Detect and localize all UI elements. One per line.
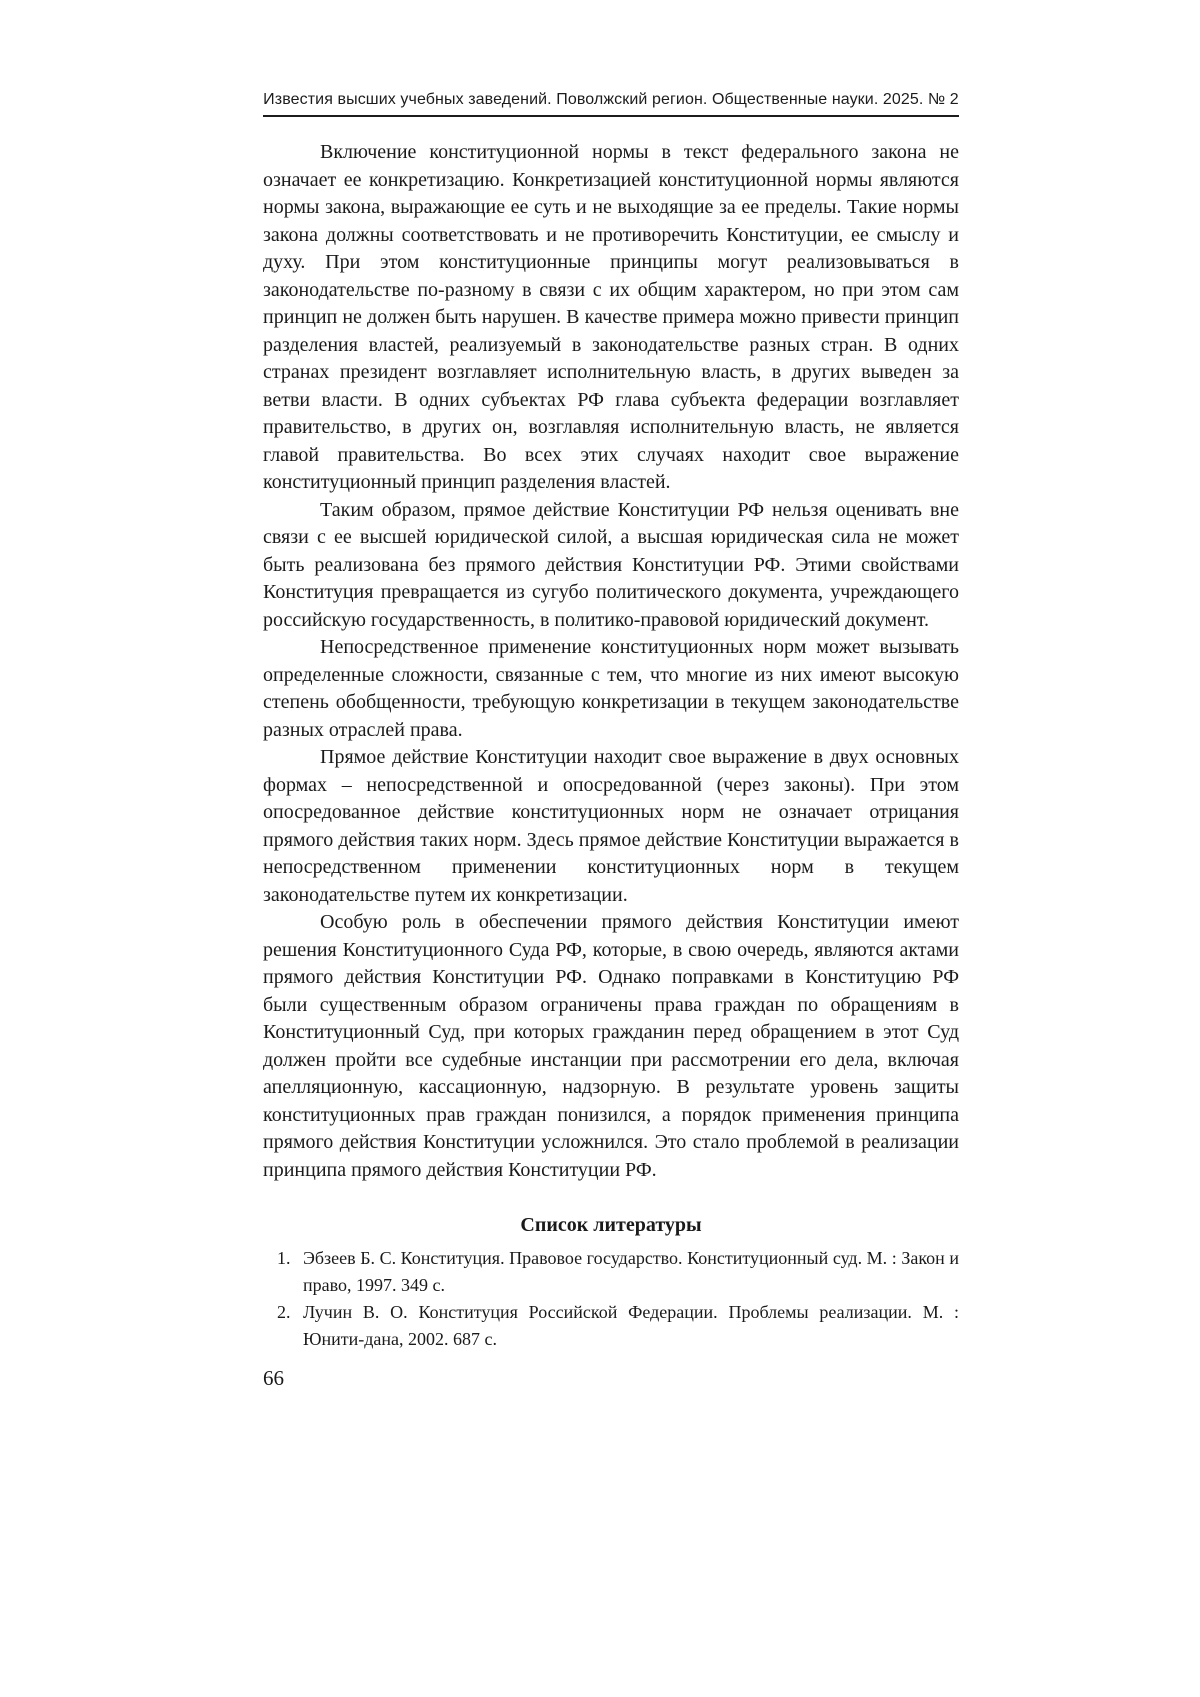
document-page: Известия высших учебных заведений. Повол…	[0, 0, 1200, 1697]
paragraph-3: Непосредственное применение конституцион…	[263, 634, 959, 744]
journal-running-head: Известия высших учебных заведений. Повол…	[263, 90, 959, 110]
reference-item-2: 2. Лучин В. О. Конституция Российской Фе…	[263, 1299, 959, 1353]
reference-item-1: 1. Эбзеев Б. С. Конституция. Правовое го…	[263, 1245, 959, 1299]
header-rule	[263, 115, 959, 117]
page-content-column: Известия высших учебных заведений. Повол…	[263, 0, 959, 1391]
references-heading: Список литературы	[263, 1214, 959, 1237]
paragraph-5: Особую роль в обеспечении прямого действ…	[263, 909, 959, 1184]
references-list: 1. Эбзеев Б. С. Конституция. Правовое го…	[263, 1245, 959, 1353]
paragraph-4: Прямое действие Конституции находит свое…	[263, 744, 959, 909]
page-number: 66	[263, 1365, 959, 1391]
reference-number-2: 2.	[277, 1299, 291, 1326]
reference-text-1: Эбзеев Б. С. Конституция. Правовое госуд…	[303, 1248, 959, 1295]
paragraph-2: Таким образом, прямое действие Конституц…	[263, 497, 959, 635]
article-body: Включение конституционной нормы в текст …	[263, 139, 959, 1184]
reference-number-1: 1.	[277, 1245, 291, 1272]
reference-text-2: Лучин В. О. Конституция Российской Федер…	[303, 1302, 959, 1349]
paragraph-1: Включение конституционной нормы в текст …	[263, 139, 959, 497]
